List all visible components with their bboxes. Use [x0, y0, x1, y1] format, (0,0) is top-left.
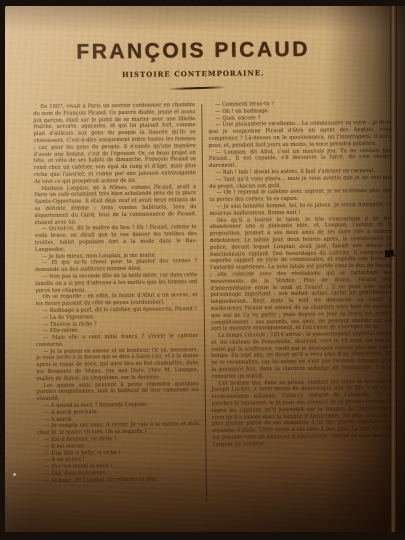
page-title: FRANÇOIS PICAUD — [15, 38, 370, 64]
paragraph: — Loupian, dit Allut, c'est un mauvais j… — [209, 147, 392, 170]
paragraph: — Qu'est-ce, dit le maître du lieu ? Eh … — [35, 224, 197, 253]
page-content: FRANÇOIS PICAUD HISTOIRE CONTEMPORAINE. … — [15, 6, 405, 532]
paragraph: Cet homme qui, dans sa prison, rendant l… — [212, 378, 396, 448]
paragraph: — Non pas la seconde fille de ta belle-m… — [35, 272, 197, 294]
left-column: En 1807, vivait à Paris un ouvrier cordo… — [33, 102, 200, 504]
paragraph: — Une plaisanterie excellente... Le comm… — [208, 120, 391, 149]
right-column: — Comment feras-tu ?— Oh ! un badinage.—… — [208, 100, 396, 502]
paragraph: — Je gage, dit Loupian, de retarder la f… — [38, 476, 200, 485]
paragraph: Mathieu Loupian, né à Nîmes, comme Picau… — [34, 184, 196, 227]
paragraph: Les quatre amis peuvent à peine répondre… — [37, 381, 199, 403]
photo-of-book-page: { "page": { "title": "FRANÇOIS PICAUD", … — [0, 0, 405, 540]
page-subtitle: HISTOIRE CONTEMPORAINE. — [16, 67, 371, 80]
dust-speck — [13, 473, 16, 476]
column-divider — [201, 104, 207, 502]
paragraph: En 1807, vivait à Paris un ouvrier cordo… — [33, 102, 196, 186]
paragraph: Dès qu'il a tourné le talon, le trio s'e… — [210, 215, 394, 333]
decorative-rule — [167, 86, 225, 90]
text-columns: En 1807, vivait à Paris un ouvrier cordo… — [16, 100, 405, 505]
paragraph: Le temps s'écoule ; 1814 arrive ; le gou… — [211, 331, 395, 381]
paragraph: — Je la paierai en amour et en bonheur. … — [36, 347, 198, 383]
book-page: FRANÇOIS PICAUD HISTOIRE CONTEMPORAINE. … — [5, 6, 405, 532]
